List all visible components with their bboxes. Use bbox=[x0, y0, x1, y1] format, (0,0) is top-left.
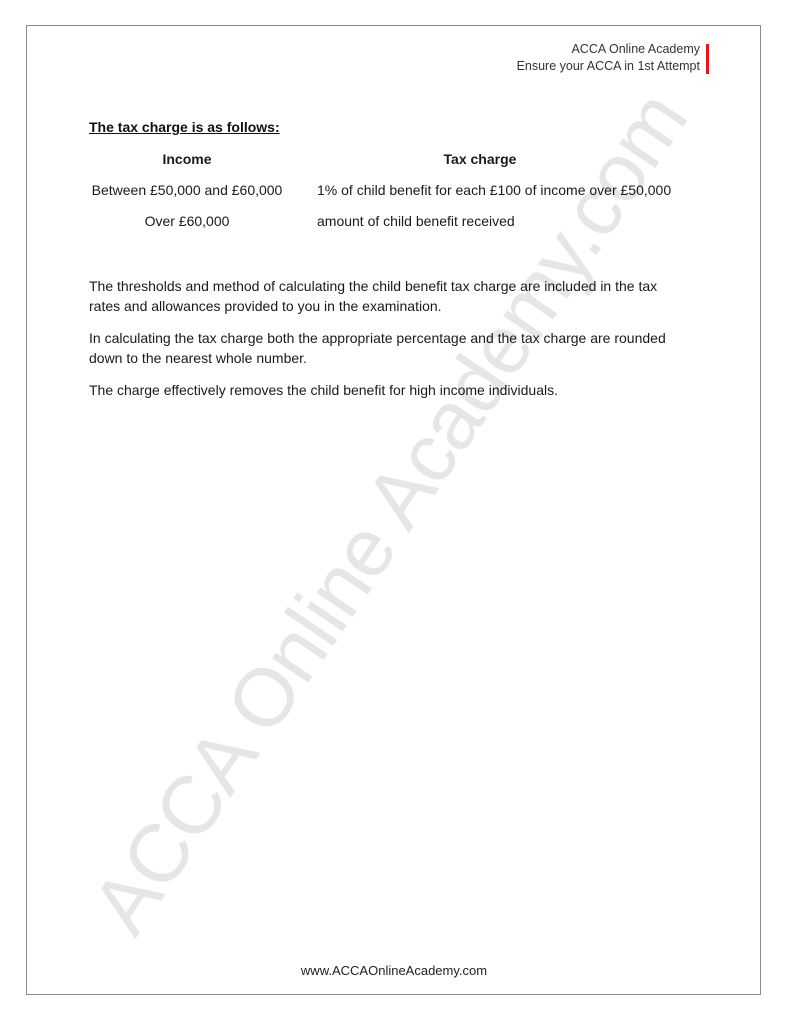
section-title: The tax charge is as follows: bbox=[89, 119, 280, 135]
header-tagline: Ensure your ACCA in 1st Attempt bbox=[517, 58, 700, 75]
paragraph-rounding: In calculating the tax charge both the a… bbox=[89, 328, 689, 368]
header-brand: ACCA Online Academy bbox=[517, 41, 700, 58]
column-header-tax-charge: Tax charge bbox=[317, 151, 643, 167]
income-cell: Over £60,000 bbox=[89, 213, 285, 229]
income-cell: Between £50,000 and £60,000 bbox=[89, 182, 285, 198]
page-border bbox=[26, 25, 761, 995]
footer-url[interactable]: www.ACCAOnlineAcademy.com bbox=[0, 963, 788, 978]
paragraph-effect: The charge effectively removes the child… bbox=[89, 380, 689, 400]
tax-charge-cell: amount of child benefit received bbox=[317, 213, 515, 229]
paragraph-thresholds: The thresholds and method of calculating… bbox=[89, 276, 689, 316]
column-header-income: Income bbox=[89, 151, 285, 167]
tax-charge-cell: 1% of child benefit for each £100 of inc… bbox=[317, 182, 671, 198]
header-accent-bar bbox=[706, 44, 709, 74]
page-header: ACCA Online Academy Ensure your ACCA in … bbox=[517, 41, 700, 75]
